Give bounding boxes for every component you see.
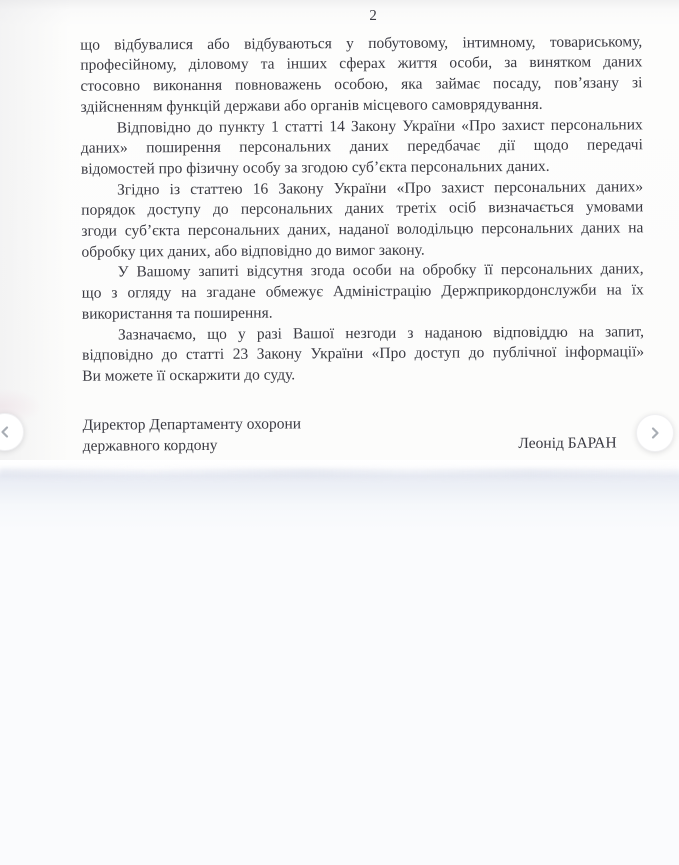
- chevron-left-icon: [0, 425, 12, 439]
- signature-block: Директор Департаменту охорони державного…: [82, 411, 644, 457]
- text-line: що з огляду на згадане обмежує Адміністр…: [82, 280, 644, 304]
- next-page-button[interactable]: [636, 414, 674, 452]
- paragraph: У Вашому запиті відсутня згода особи на …: [82, 260, 644, 326]
- scanned-blank-page: [0, 460, 679, 865]
- text-line: відповідно до статті 23 Закону України «…: [82, 343, 644, 367]
- signature-title-line: державного кордону: [83, 435, 302, 458]
- signature-name: Леонід БАРАН: [518, 433, 616, 455]
- page-number: 2: [80, 4, 642, 28]
- text-line: Ви можете її оскаржити до суду.: [82, 363, 644, 387]
- text-line: стосовно виконання повноважень особою, я…: [80, 73, 642, 97]
- chevron-right-icon: [648, 426, 662, 440]
- signature-title-line: Директор Департаменту охорони: [82, 413, 301, 436]
- paragraph: Відповідно до пункту 1 статті 14 Закону …: [81, 115, 643, 181]
- letter-body: 2 що відбувалися або відбуваються у побу…: [80, 4, 645, 457]
- text-line: згоди суб’єкта персональних даних, надан…: [81, 218, 643, 242]
- document-viewer: 2 що відбувалися або відбуваються у побу…: [0, 0, 679, 865]
- paragraph: що відбувалися або відбуваються у побуто…: [80, 32, 642, 118]
- paragraph: Зазначаємо, що у разі Вашої незгоди з на…: [82, 322, 644, 388]
- signature-title: Директор Департаменту охорони державного…: [82, 413, 301, 457]
- text-line: даних» поширення персональних даних пере…: [81, 135, 643, 159]
- scanned-letter-page: 2 що відбувалися або відбуваються у побу…: [0, 0, 679, 462]
- paragraph: Згідно із статтею 16 Закону України «Про…: [81, 177, 643, 263]
